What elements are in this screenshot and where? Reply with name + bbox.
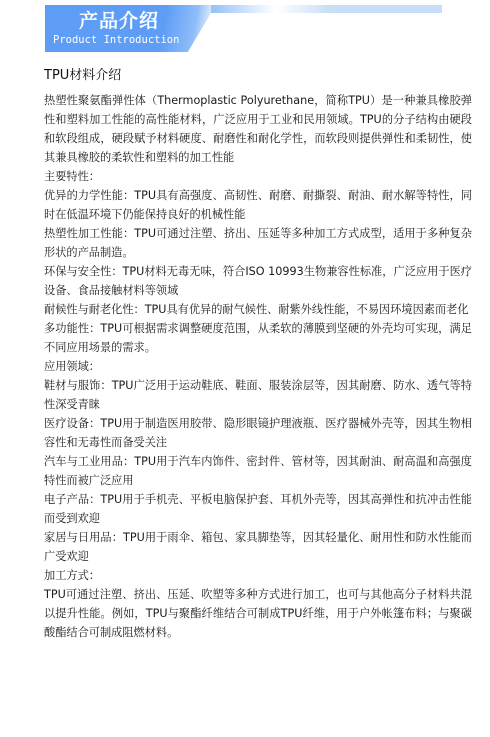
feature-eco-safety: 环保与安全性：TPU材料无毒无味，符合ISO 10993生物兼容性标准，广泛应用…: [44, 262, 472, 300]
section-heading-applications: 应用领域：: [44, 357, 472, 376]
section-heading-main-features: 主要特性：: [44, 167, 472, 186]
feature-multifunction: 多功能性：TPU可根据需求调整硬度范围，从柔软的薄膜到坚硬的外壳均可实现，满足不…: [44, 319, 472, 357]
processing-paragraph: TPU可通过注塑、挤出、压延、吹塑等多种方式进行加工，也可与其他高分子材料共混以…: [44, 585, 472, 642]
banner-title: 产品介绍: [45, 10, 193, 32]
banner-subtitle: Product Introduction: [53, 33, 179, 47]
application-automotive-industrial: 汽车与工业用品：TPU用于汽车内饰件、密封件、管材等，因其耐油、耐高温和高强度特…: [44, 452, 472, 490]
feature-mechanical: 优异的力学性能：TPU具有高强度、高韧性、耐磨、耐撕裂、耐油、耐水解等特性，同时…: [44, 186, 472, 224]
product-introduction-banner: 产品介绍 Product Introduction: [45, 5, 442, 52]
banner-blue-block: 产品介绍 Product Introduction: [45, 5, 211, 52]
application-footwear-apparel: 鞋材与服饰：TPU广泛用于运动鞋底、鞋面、服装涂层等，因其耐磨、防水、透气等特性…: [44, 376, 472, 414]
feature-weather-aging: 耐候性与耐老化性：TPU具有优异的耐气候性、耐紫外线性能，不易因环境因素而老化: [44, 300, 472, 319]
feature-thermoplastic-processing: 热塑性加工性能：TPU可通过注塑、挤出、压延等多种加工方式成型，适用于多种复杂形…: [44, 224, 472, 262]
document-title: TPU材料介绍: [44, 66, 472, 86]
application-medical: 医疗设备：TPU用于制造医用胶带、隐形眼镜护理液瓶、医疗器械外壳等，因其生物相容…: [44, 414, 472, 452]
application-electronics: 电子产品：TPU用于手机壳、平板电脑保护套、耳机外壳等，因其高弹性和抗冲击性能而…: [44, 490, 472, 528]
intro-paragraph: 热塑性聚氨酯弹性体（Thermoplastic Polyurethane，简称T…: [44, 91, 472, 167]
section-heading-processing: 加工方式：: [44, 566, 472, 585]
document-body: TPU材料介绍 热塑性聚氨酯弹性体（Thermoplastic Polyuret…: [44, 66, 472, 642]
application-home-daily: 家居与日用品：TPU用于雨伞、箱包、家具脚垫等，因其轻量化、耐用性和防水性能而广…: [44, 528, 472, 566]
